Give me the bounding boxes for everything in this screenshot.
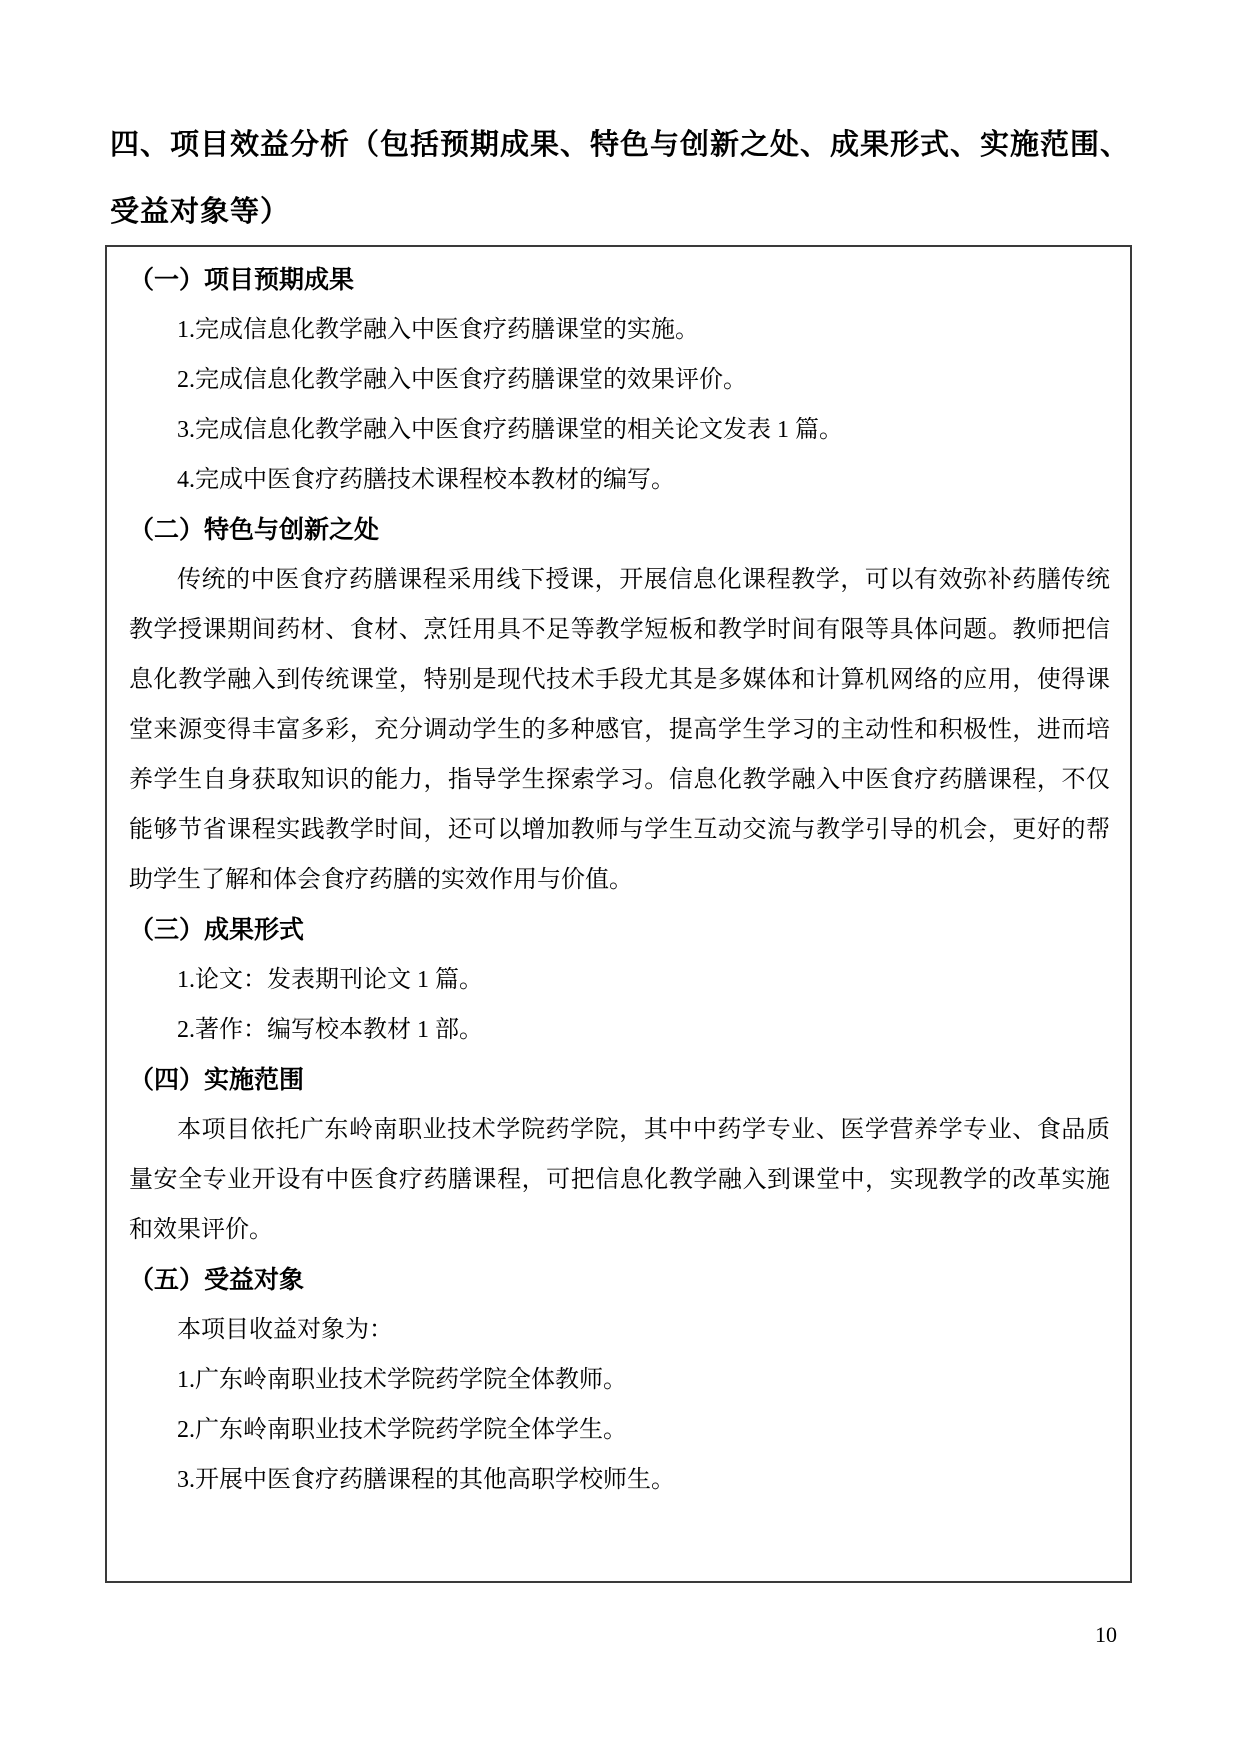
section-heading-expected-results: （一）项目预期成果 (129, 255, 1110, 305)
paragraph-features-innovation: 传统的中医食疗药膳课程采用线下授课，开展信息化课程教学，可以有效弥补药膳传统教学… (129, 555, 1110, 905)
section-heading-result-forms: （三）成果形式 (129, 905, 1110, 955)
section-heading-features-innovation: （二）特色与创新之处 (129, 505, 1110, 555)
page-number: 10 (1095, 1622, 1117, 1648)
paragraph-implementation-scope: 本项目依托广东岭南职业技术学院药学院，其中中药学专业、医学营养学专业、食品质量安… (129, 1105, 1110, 1255)
section-heading-implementation-scope: （四）实施范围 (129, 1055, 1110, 1105)
section-beneficiaries: （五）受益对象 本项目收益对象为： 1.广东岭南职业技术学院药学院全体教师。 2… (129, 1255, 1110, 1505)
list-item: 2.著作：编写校本教材 1 部。 (129, 1005, 1110, 1055)
list-item: 1.论文：发表期刊论文 1 篇。 (129, 955, 1110, 1005)
document-title-line-1: 四、项目效益分析（包括预期成果、特色与创新之处、成果形式、实施范围、 (110, 129, 1130, 161)
list-item: 3.开展中医食疗药膳课程的其他高职学校师生。 (129, 1455, 1110, 1505)
section-result-forms: （三）成果形式 1.论文：发表期刊论文 1 篇。 2.著作：编写校本教材 1 部… (129, 905, 1110, 1055)
list-item: 4.完成中医食疗药膳技术课程校本教材的编写。 (129, 455, 1110, 505)
section-implementation-scope: （四）实施范围 本项目依托广东岭南职业技术学院药学院，其中中药学专业、医学营养学… (129, 1055, 1110, 1255)
list-item: 1.广东岭南职业技术学院药学院全体教师。 (129, 1355, 1110, 1405)
section-heading-beneficiaries: （五）受益对象 (129, 1255, 1110, 1305)
list-item: 3.完成信息化教学融入中医食疗药膳课堂的相关论文发表 1 篇。 (129, 405, 1110, 455)
list-item: 2.广东岭南职业技术学院药学院全体学生。 (129, 1405, 1110, 1455)
document-title: 四、项目效益分析（包括预期成果、特色与创新之处、成果形式、实施范围、 受益对象等… (110, 112, 1140, 246)
benefit-analysis-box: （一）项目预期成果 1.完成信息化教学融入中医食疗药膳课堂的实施。 2.完成信息… (105, 245, 1132, 1583)
list-item: 2.完成信息化教学融入中医食疗药膳课堂的效果评价。 (129, 355, 1110, 405)
beneficiaries-intro: 本项目收益对象为： (129, 1305, 1110, 1355)
section-expected-results: （一）项目预期成果 1.完成信息化教学融入中医食疗药膳课堂的实施。 2.完成信息… (129, 255, 1110, 505)
document-title-line-2: 受益对象等） (110, 196, 290, 228)
section-features-innovation: （二）特色与创新之处 传统的中医食疗药膳课程采用线下授课，开展信息化课程教学，可… (129, 505, 1110, 905)
list-item: 1.完成信息化教学融入中医食疗药膳课堂的实施。 (129, 305, 1110, 355)
